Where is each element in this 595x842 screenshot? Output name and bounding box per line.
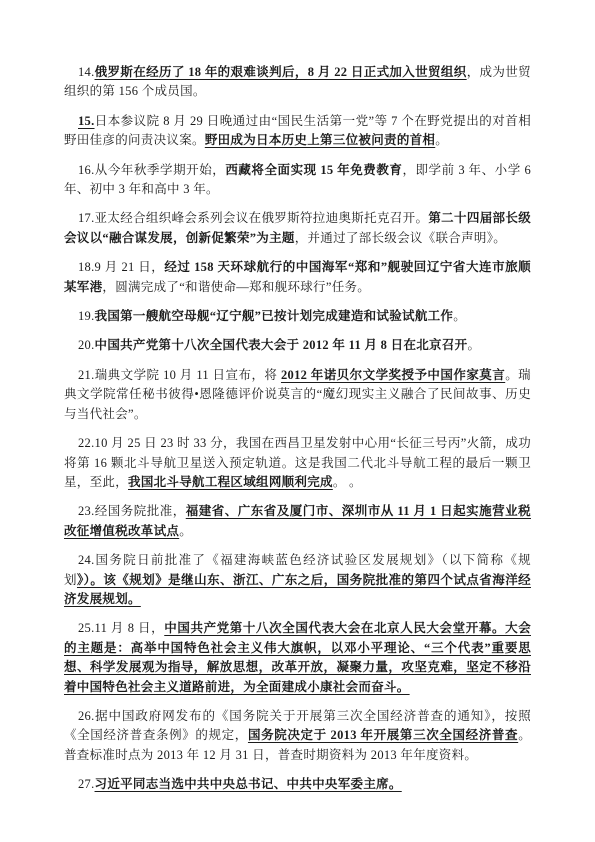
list-item-24: 24.国务院日前批准了《福建海峡蓝色经济试验区发展规划》（以下简称《规划》）。该… [64, 551, 531, 609]
text-segment: 20. [78, 338, 95, 352]
text-segment: 俄罗斯在经历了 18 年的艰难谈判后，8 月 22 日正式加入世贸组织 [95, 65, 467, 79]
list-item-25: 25.11 月 8 日，中国共产党第十八次全国代表大会在北京人民大会堂开幕。大会… [64, 619, 531, 697]
text-segment: 。 [467, 338, 480, 352]
text-segment: 23.经国务院批准， [78, 504, 186, 518]
list-item-22: 22.10 月 25 日 23 时 33 分，我国在西昌卫星发射中心用“长征三号… [64, 434, 531, 492]
text-segment: 我国北斗导航工程区域组网顺利完成 [128, 475, 333, 489]
text-segment: 25.11 月 8 日， [78, 621, 164, 635]
text-segment: ，圆满完成了“和谐使命—郑和舰环球行”任务。 [102, 280, 370, 294]
list-item-19: 19.我国第一艘航空母舰“辽宁舰”已按计划完成建造和试验试航工作。 [64, 307, 531, 326]
text-segment: 27. [78, 777, 95, 791]
text-segment: 习近平同志当选中共中央总书记、中共中央军委主席。 [95, 777, 402, 791]
text-segment: 14. [78, 65, 95, 79]
text-segment: 中国共产党第十八次全国代表大会于 2012 年 11 月 8 日在北京召开 [95, 338, 468, 352]
list-item-15: 15.日本参议院 8 月 29 日晚通过由“国民生活第一党”等 7 个在野党提出… [64, 112, 531, 151]
text-segment: 2012 年诺贝尔文学奖授予中国作家莫言 [281, 368, 505, 382]
text-segment: 17.亚太经合组织峰会系列会议在俄罗斯符拉迪奥斯托克召开。 [78, 211, 428, 225]
text-segment: ，并通过了部长级会议《联合声明》。 [295, 231, 506, 245]
document-page: 14.俄罗斯在经历了 18 年的艰难谈判后，8 月 22 日正式加入世贸组织，成… [0, 0, 595, 842]
text-segment: 野田成为日本历史上第三位被问责的首相 [205, 133, 435, 147]
list-item-17: 17.亚太经合组织峰会系列会议在俄罗斯符拉迪奥斯托克召开。第二十四届部长级会议以… [64, 209, 531, 248]
list-item-20: 20.中国共产党第十八次全国代表大会于 2012 年 11 月 8 日在北京召开… [64, 336, 531, 355]
list-item-18: 18.9 月 21 日，经过 158 天环球航行的中国海军“郑和”舰驶回辽宁省大… [64, 258, 531, 297]
text-segment: 》）。该《规划》是继山东、浙江、广东之后，国务院批准的第四个试点省海洋经济发展规… [64, 573, 531, 606]
list-item-16: 16.从今年秋季学期开始，西藏将全面实现 15 年免费教育，即学前 3 年、小学… [64, 161, 531, 200]
text-segment: 16.从今年秋季学期开始， [78, 163, 225, 177]
list-item-14: 14.俄罗斯在经历了 18 年的艰难谈判后，8 月 22 日正式加入世贸组织，成… [64, 63, 531, 102]
text-segment: 西藏将全面实现 15 年免费教育 [225, 163, 402, 177]
text-segment: 。 [435, 133, 448, 147]
text-segment: 。 [453, 309, 466, 323]
list-item-21: 21.瑞典文学院 10 月 11 日宣布，将 2012 年诺贝尔文学奖授予中国作… [64, 366, 531, 424]
text-segment: 国务院决定于 2013 年开展第三次全国经济普查 [248, 728, 518, 742]
document-content: 14.俄罗斯在经历了 18 年的艰难谈判后，8 月 22 日正式加入世贸组织，成… [64, 63, 531, 795]
text-segment: 15. [78, 114, 95, 128]
list-item-26: 26.据中国政府网发布的《国务院关于开展第三次全国经济普查的通知》，按照《全国经… [64, 707, 531, 765]
text-segment: 18.9 月 21 日， [78, 260, 164, 274]
list-item-27: 27.习近平同志当选中共中央总书记、中共中央军委主席。 [64, 775, 531, 794]
text-segment: 21.瑞典文学院 10 月 11 日宣布，将 [78, 368, 281, 382]
text-segment: 。 。 [333, 475, 362, 489]
list-item-23: 23.经国务院批准，福建省、广东省及厦门市、深圳市从 11 月 1 日起实施营业… [64, 502, 531, 541]
text-segment: 19. [78, 309, 95, 323]
text-segment: 我国第一艘航空母舰“辽宁舰”已按计划完成建造和试验试航工作 [95, 309, 454, 323]
text-segment: 。 [179, 524, 192, 538]
